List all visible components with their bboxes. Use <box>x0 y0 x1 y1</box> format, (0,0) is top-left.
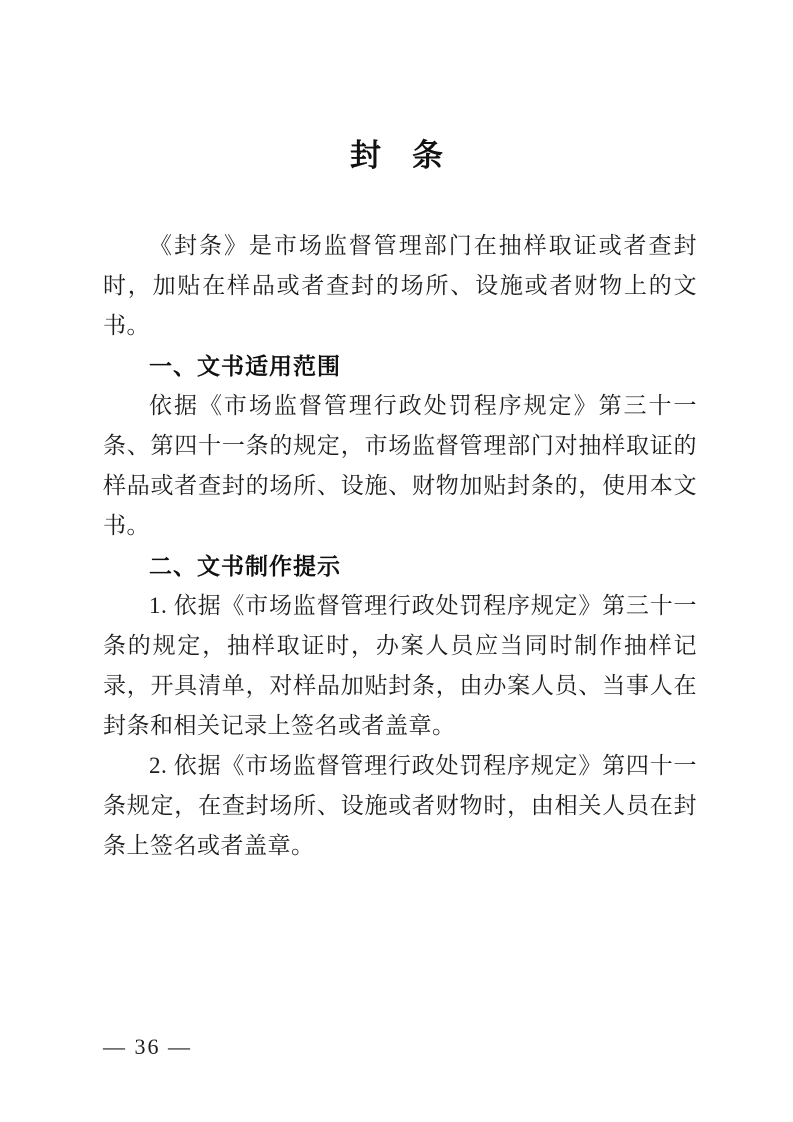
section-2-item-1: 1. 依据《市场监督管理行政处罚程序规定》第三十一条的规定，抽样取证时，办案人员… <box>103 586 697 746</box>
document-body: 《封条》是市场监督管理部门在抽样取证或者查封时，加贴在样品或者查封的场所、设施或… <box>103 226 697 866</box>
intro-paragraph: 《封条》是市场监督管理部门在抽样取证或者查封时，加贴在样品或者查封的场所、设施或… <box>103 226 697 346</box>
section-2-item-2: 2. 依据《市场监督管理行政处罚程序规定》第四十一条规定，在查封场所、设施或者财… <box>103 746 697 866</box>
section-1-heading: 一、文书适用范围 <box>103 346 697 386</box>
section-1-paragraph: 依据《市场监督管理行政处罚程序规定》第三十一条、第四十一条的规定，市场监督管理部… <box>103 386 697 546</box>
page-number: — 36 — <box>103 1034 192 1060</box>
document-page: 封 条 《封条》是市场监督管理部门在抽样取证或者查封时，加贴在样品或者查封的场所… <box>0 0 793 1122</box>
document-title: 封 条 <box>0 134 793 178</box>
section-2-heading: 二、文书制作提示 <box>103 546 697 586</box>
